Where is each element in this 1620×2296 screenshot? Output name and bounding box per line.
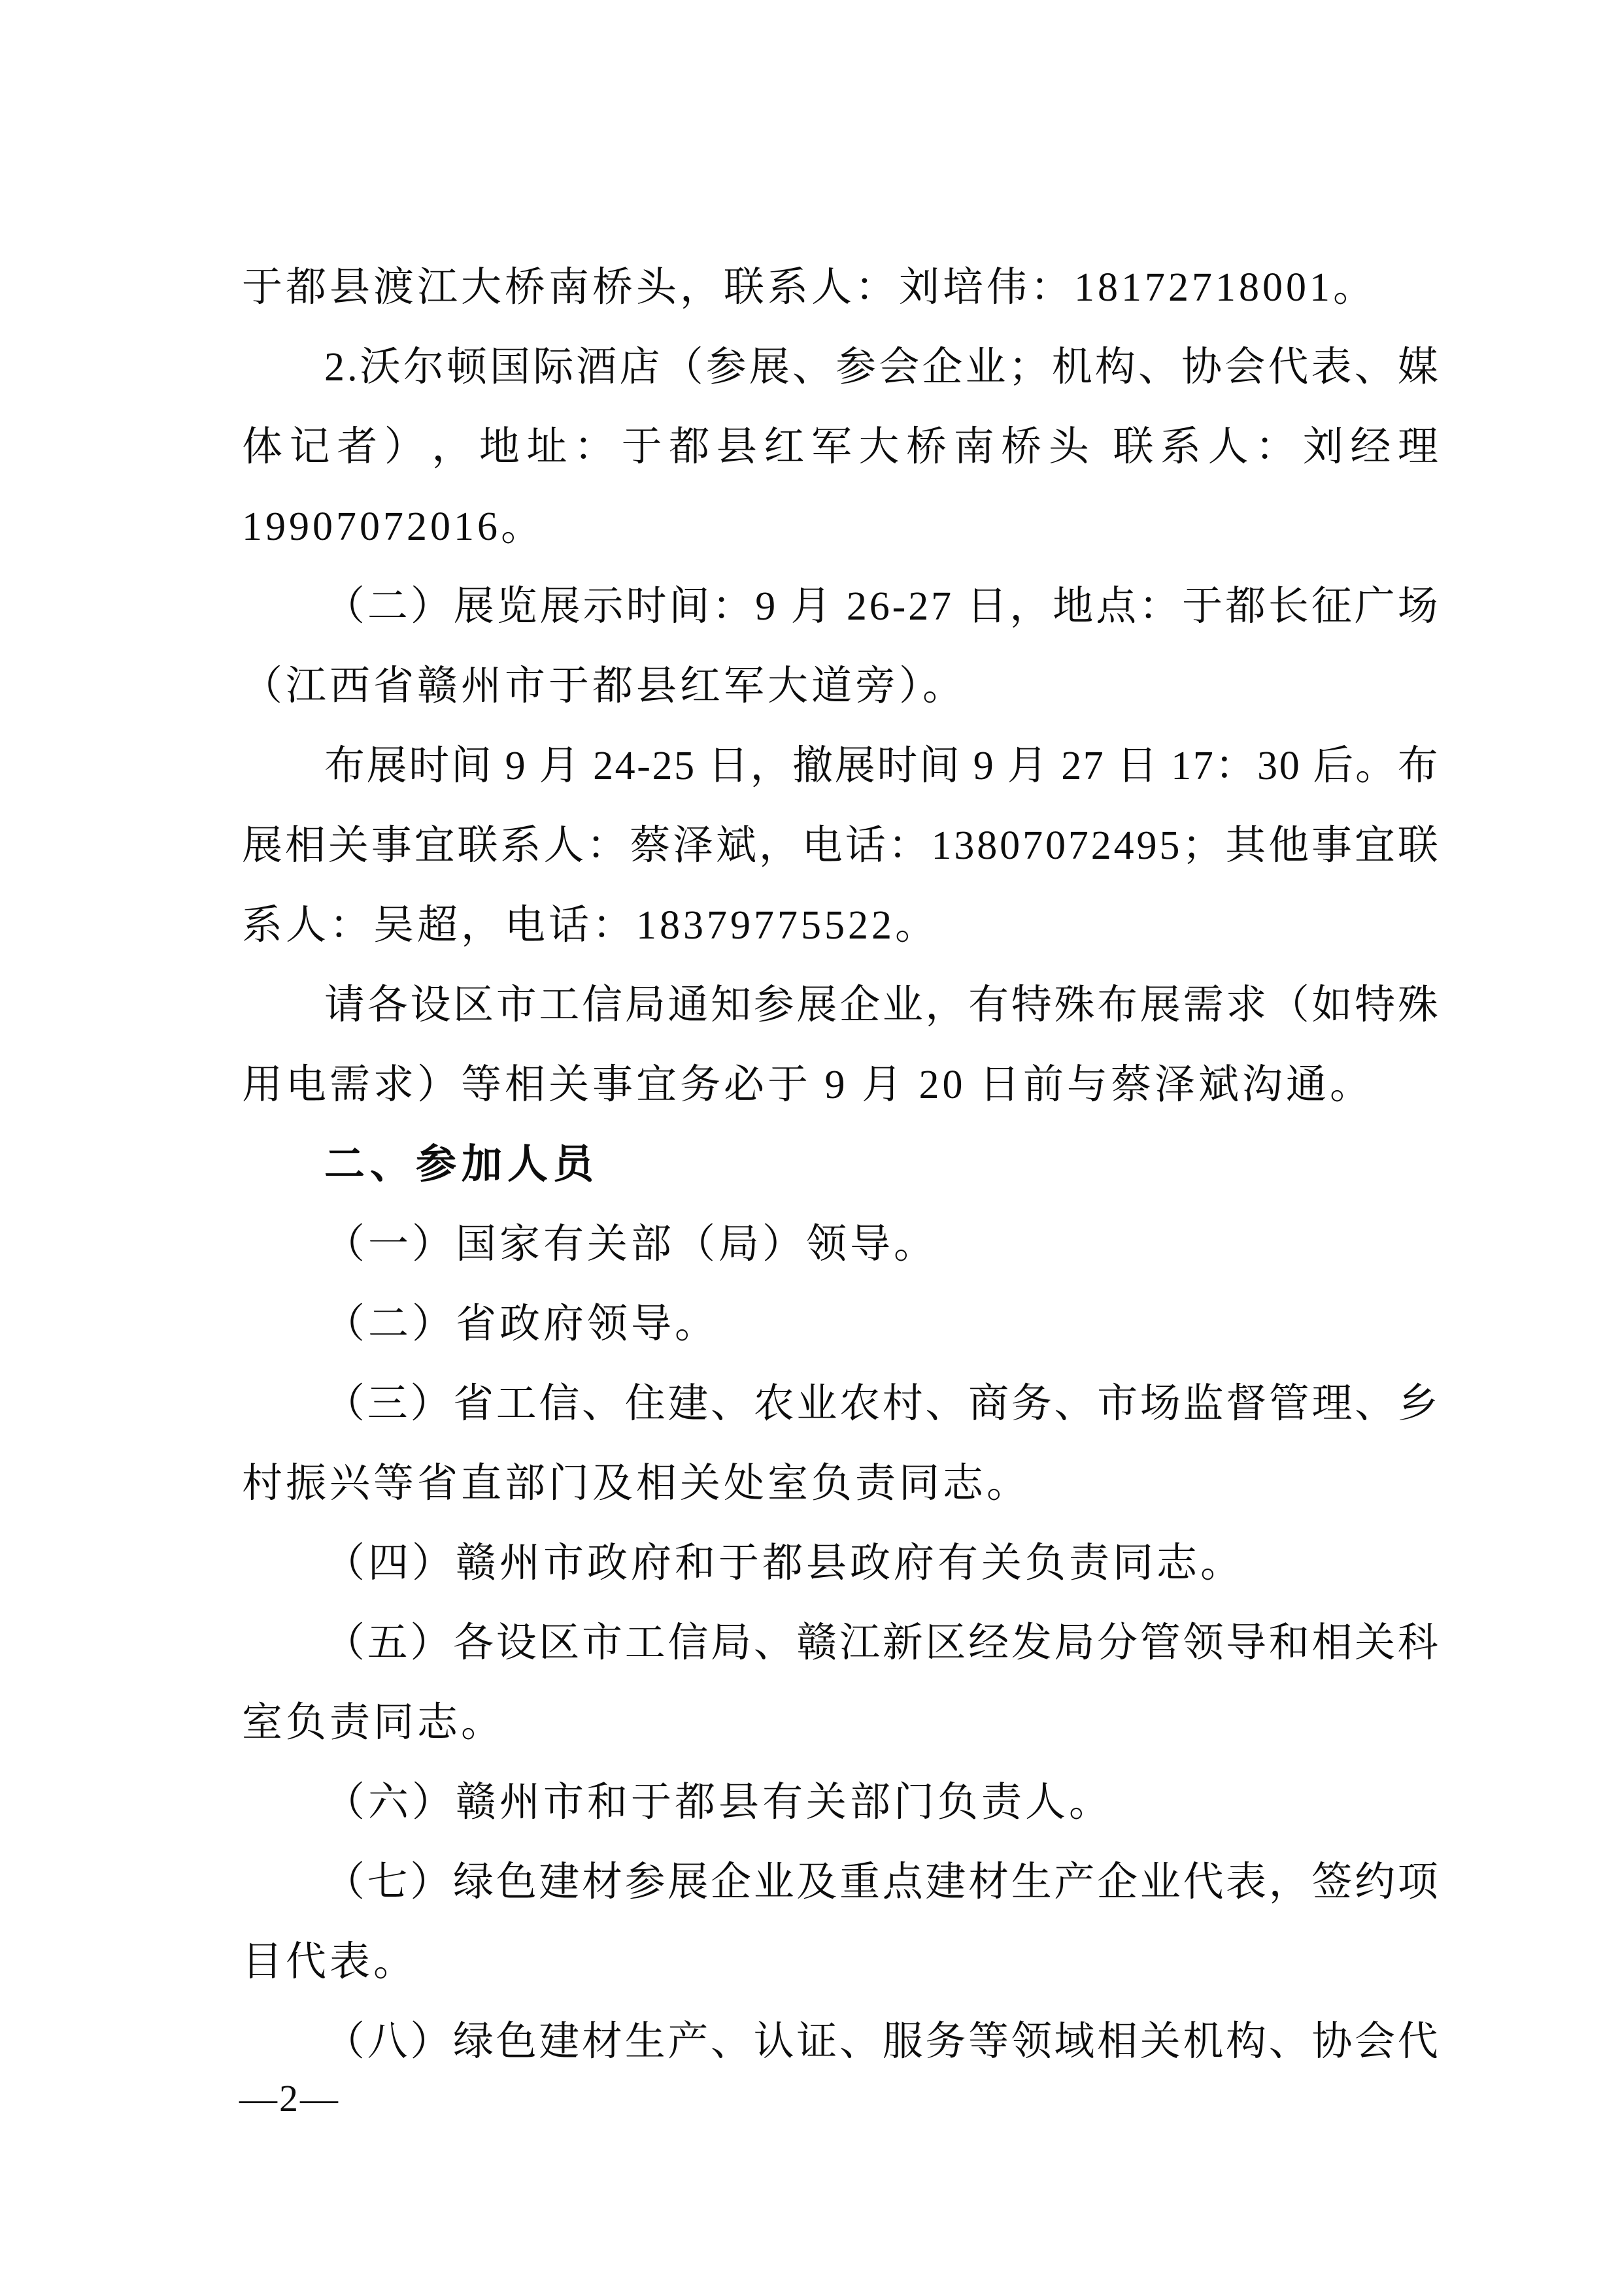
text-line: 室负责同志。: [242, 1683, 1438, 1763]
text-line: 请各设区市工信局通知参展企业，有特殊布展需求（如特殊: [242, 965, 1438, 1045]
text-line: （五）各设区市工信局、赣江新区经发局分管领导和相关科: [242, 1603, 1438, 1683]
text-line: 二、参加人员: [242, 1125, 1438, 1205]
text-line: 村振兴等省直部门及相关处室负责同志。: [242, 1444, 1438, 1523]
text-line: （二）省政府领导。: [242, 1284, 1438, 1364]
text-line: 系人：吴超，电话：18379775522。: [242, 886, 1438, 965]
text-line: （四）赣州市政府和于都县政府有关负责同志。: [242, 1523, 1438, 1603]
text-line: 布展时间 9 月 24-25 日，撤展时间 9 月 27 日 17：30 后。布: [242, 726, 1438, 806]
text-line: 用电需求）等相关事宜务必于 9 月 20 日前与蔡泽斌沟通。: [242, 1045, 1438, 1125]
document-body: 于都县渡江大桥南桥头，联系人：刘培伟：18172718001。2.沃尔顿国际酒店…: [242, 248, 1438, 2082]
text-line: （七）绿色建材参展企业及重点建材生产企业代表，签约项: [242, 1842, 1438, 1922]
text-line: （八）绿色建材生产、认证、服务等领域相关机构、协会代: [242, 2002, 1438, 2082]
document-page: 于都县渡江大桥南桥头，联系人：刘培伟：18172718001。2.沃尔顿国际酒店…: [0, 0, 1620, 2296]
text-line: （一）国家有关部（局）领导。: [242, 1205, 1438, 1284]
text-line: （三）省工信、住建、农业农村、商务、市场监督管理、乡: [242, 1364, 1438, 1444]
text-line: （二）展览展示时间：9 月 26-27 日，地点：于都长征广场: [242, 567, 1438, 646]
text-line: 2.沃尔顿国际酒店（参展、参会企业；机构、协会代表、媒: [242, 327, 1438, 407]
text-line: （江西省赣州市于都县红军大道旁）。: [242, 646, 1438, 726]
text-line: （六）赣州市和于都县有关部门负责人。: [242, 1763, 1438, 1842]
text-line: 体记者），地址：于都县红军大桥南桥头 联系人：刘经理: [242, 407, 1438, 487]
text-line: 19907072016。: [242, 487, 1438, 567]
text-line: 于都县渡江大桥南桥头，联系人：刘培伟：18172718001。: [242, 248, 1438, 327]
text-line: 目代表。: [242, 1922, 1438, 2002]
page-number: —2—: [239, 2077, 340, 2120]
text-line: 展相关事宜联系人：蔡泽斌，电话：13807072495；其他事宜联: [242, 806, 1438, 886]
